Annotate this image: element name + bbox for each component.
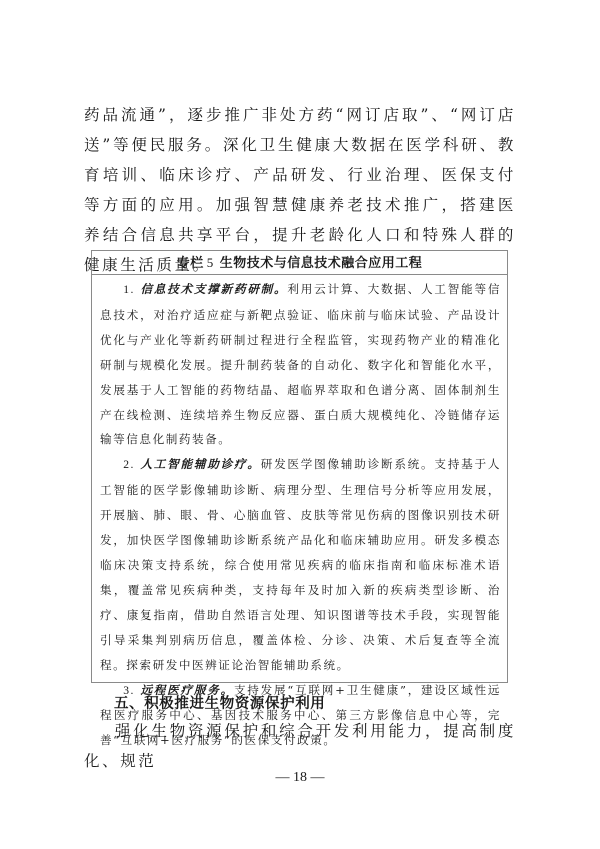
box-item: 1. 信息技术支撑新药研制。利用云计算、大数据、人工智能等信息技术，对治疗适应症… (100, 277, 501, 452)
item-index: 2. (123, 458, 135, 471)
item-lead: 信息技术支撑新药研制。 (140, 282, 287, 296)
item-body: 利用云计算、大数据、人工智能等信息技术，对治疗适应症与新靶点验证、临床前与临床试… (100, 282, 501, 446)
box-body: 1. 信息技术支撑新药研制。利用云计算、大数据、人工智能等信息技术，对治疗适应症… (92, 275, 507, 753)
section-heading: 五、积极推进生物资源保护利用 (114, 692, 325, 716)
item-index: 1. (123, 283, 135, 296)
item-body: 研发医学图像辅助诊断系统。支持基于人工智能的医学影像辅助诊断、病理分型、生理信号… (100, 457, 501, 671)
box-title-prefix: 专栏 (177, 256, 204, 271)
box-title-number: 5 (207, 255, 214, 270)
page-number: — 18 — (0, 770, 600, 786)
body-paragraph-bottom: 强化生物资源保护和综合开发利用能力，提高制度化、规范 (84, 716, 516, 776)
feature-box: 专栏5生物技术与信息技术融合应用工程 1. 信息技术支撑新药研制。利用云计算、大… (91, 250, 508, 683)
box-title: 专栏5生物技术与信息技术融合应用工程 (92, 251, 507, 275)
item-lead: 人工智能辅助诊疗。 (140, 457, 260, 471)
box-title-text: 生物技术与信息技术融合应用工程 (220, 256, 423, 271)
box-item: 2. 人工智能辅助诊疗。研发医学图像辅助诊断系统。支持基于人工智能的医学影像辅助… (100, 452, 501, 677)
